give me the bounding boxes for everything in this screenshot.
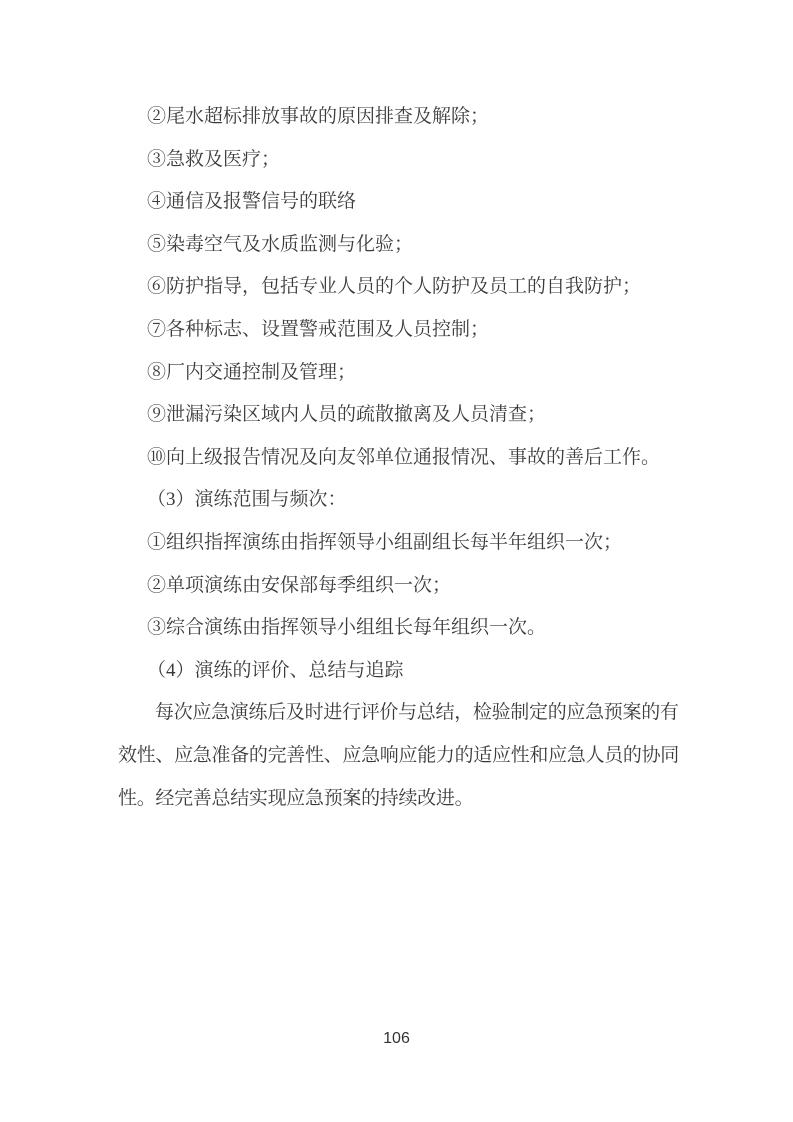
section-heading-drill-scope: （3）演练范围与频次：: [118, 479, 690, 522]
paragraph-line-3: 性。经完善总结实现应急预案的持续改进。: [118, 778, 690, 821]
list-item-first-aid: ③急救及医疗；: [118, 139, 690, 182]
list-item-comprehensive-drill: ③综合演练由指挥领导小组组长每年组织一次。: [118, 607, 690, 650]
page-content: ②尾水超标排放事故的原因排查及解除； ③急救及医疗； ④通信及报警信号的联络 ⑤…: [118, 96, 690, 820]
list-item-signs-control: ⑦各种标志、设置警戒范围及人员控制；: [118, 309, 690, 352]
list-item-reporting: ⑩向上级报告情况及向友邻单位通报情况、事故的善后工作。: [118, 437, 690, 480]
list-item-protection-guide: ⑥防护指导，包括专业人员的个人防护及员工的自我防护；: [118, 266, 690, 309]
list-item-monitoring: ⑤染毒空气及水质监测与化验；: [118, 224, 690, 267]
page-number: 106: [0, 1031, 793, 1047]
section-heading-drill-evaluation: （4）演练的评价、总结与追踪: [118, 650, 690, 693]
list-item-evacuation: ⑨泄漏污染区域内人员的疏散撤离及人员清查；: [118, 394, 690, 437]
list-item-communication: ④通信及报警信号的联络: [118, 181, 690, 224]
document-page: ②尾水超标排放事故的原因排查及解除； ③急救及医疗； ④通信及报警信号的联络 ⑤…: [0, 0, 793, 1122]
list-item-command-drill: ①组织指挥演练由指挥领导小组副组长每半年组织一次；: [118, 522, 690, 565]
paragraph-line-2: 效性、应急准备的完善性、应急响应能力的适应性和应急人员的协同: [118, 735, 690, 778]
list-item-single-drill: ②单项演练由安保部每季组织一次；: [118, 565, 690, 608]
list-item-traffic-control: ⑧厂内交通控制及管理；: [118, 352, 690, 395]
paragraph-line-1: 每次应急演练后及时进行评价与总结，检验制定的应急预案的有: [118, 692, 690, 735]
list-item-tailwater-cause: ②尾水超标排放事故的原因排查及解除；: [118, 96, 690, 139]
